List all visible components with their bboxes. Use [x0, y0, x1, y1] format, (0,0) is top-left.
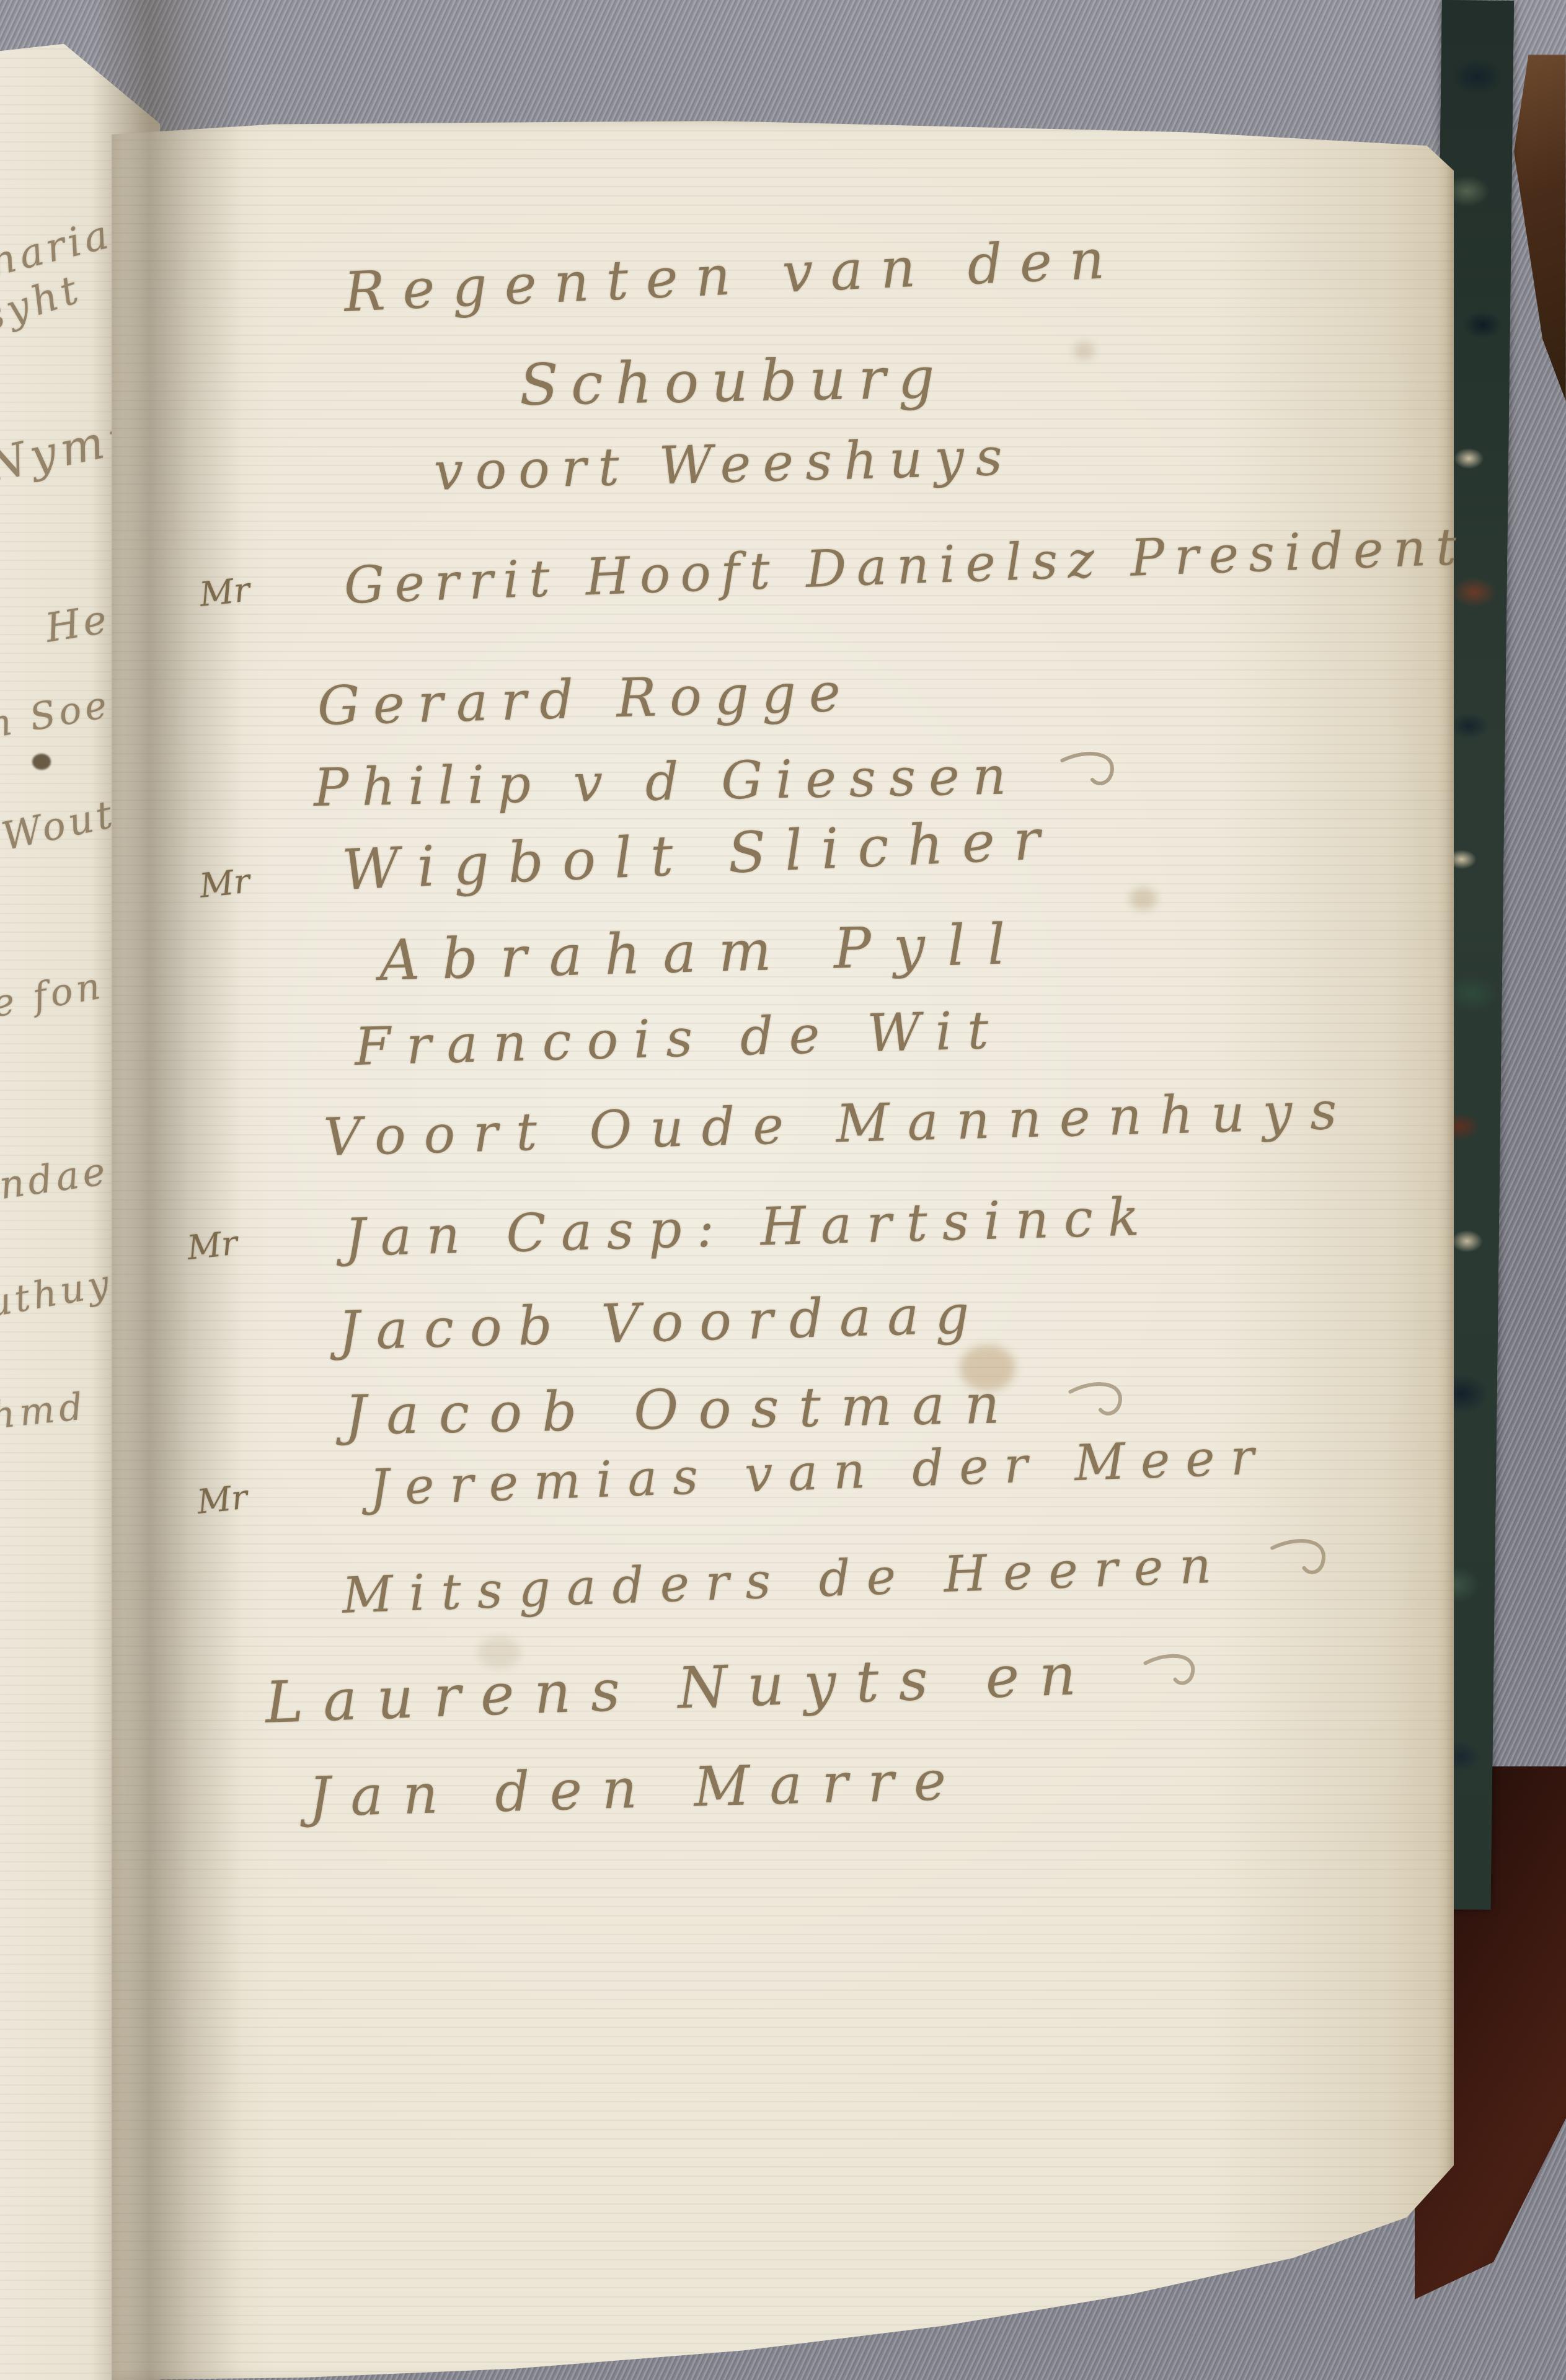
- entry-prefix: Mr: [195, 1478, 249, 1522]
- entry-text: Jacob Oostman: [344, 1372, 1020, 1447]
- pen-flourish: [1267, 1530, 1337, 1584]
- facing-page-fragment: hmd: [0, 1385, 89, 1438]
- facing-page-fragment: uthuy: [0, 1261, 116, 1326]
- entry-text: Philip v d Giessen: [313, 745, 1020, 818]
- paper-stain: [1130, 888, 1157, 910]
- paper-stain: [1074, 342, 1095, 359]
- facing-page-fragment: n Soe: [0, 683, 113, 747]
- facing-page-fragment: Wout: [0, 791, 120, 859]
- facing-page-fragment: He: [42, 596, 113, 651]
- pen-flourish: [1065, 1372, 1134, 1426]
- title-line-2: Schouburg: [519, 345, 947, 418]
- facing-page-fragment: e fon: [0, 964, 107, 1026]
- title-text: Schouburg: [519, 345, 947, 418]
- entry-prefix: Mr: [198, 570, 252, 614]
- entry-prefix: Mr: [198, 862, 252, 906]
- pen-flourish: [1057, 743, 1126, 796]
- pen-flourish: [1141, 1644, 1205, 1695]
- facing-page-fragment: indae: [0, 1148, 112, 1210]
- ink-blot: [32, 754, 51, 770]
- entry-prefix: Mr: [185, 1223, 239, 1267]
- book-photo: { "photo": { "description": "Photograph …: [0, 0, 1566, 2380]
